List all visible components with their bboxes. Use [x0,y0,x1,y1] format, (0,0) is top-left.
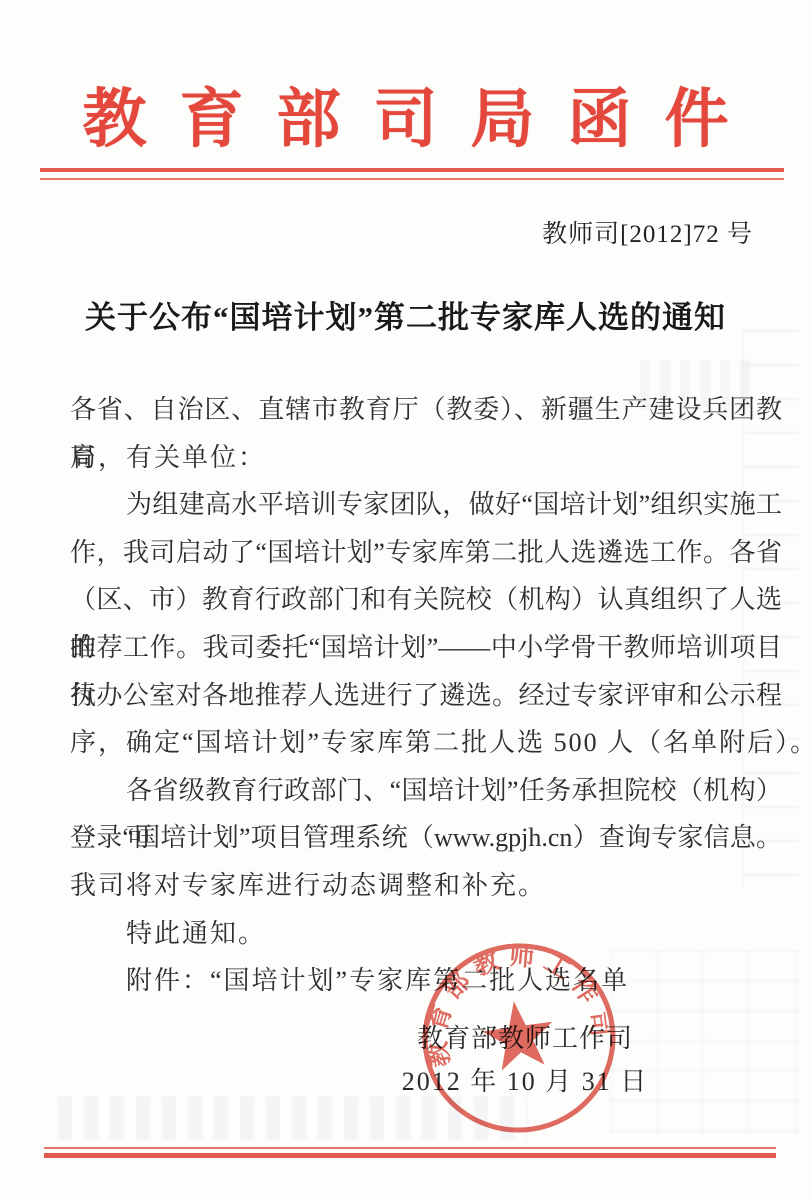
body-line: 序，确定“国培计划”专家库第二批人选 500 人（名单附后）。 [70,719,782,767]
header-divider [40,168,784,180]
document-number: 教师司[2012]72 号 [542,214,753,250]
body-line: 作，我司启动了“国培计划”专家库第二批人选遴选工作。各省 [70,529,782,577]
body-line: 登录“国培计划”项目管理系统（www.gpjh.cn）查询专家信息。 [70,814,782,862]
document-page: 教育部司局函件 教师司[2012]72 号 关于公布“国培计划”第二批专家库人选… [0,0,811,1200]
body-line: 各省级教育行政部门、“国培计划”任务承担院校（机构）可 [70,767,782,815]
notice-title: 关于公布“国培计划”第二批专家库人选的通知 [0,292,811,337]
divider-thick-line [44,1153,776,1158]
notice-body: 各省、自治区、直辖市教育厅（教委）、新疆生产建设兵团教育 局，有关单位： 为组建… [70,386,782,1005]
divider-thin-line [40,178,784,180]
body-line: 为组建高水平培训专家团队，做好“国培计划”组织实施工 [70,481,782,529]
letterhead-title: 教育部司局函件 [0,68,811,160]
official-seal-stamp: 教育部教师工作司 [401,924,637,1151]
body-line: 行办公室对各地推荐人选进行了遴选。经过专家评审和公示程 [70,672,782,720]
star-icon [479,996,558,1072]
body-line: 各省、自治区、直辖市教育厅（教委）、新疆生产建设兵团教育 [70,386,782,434]
body-line: 我司将对专家库进行动态调整和补充。 [70,862,782,910]
divider-thick-line [40,168,784,172]
footer-divider [44,1147,776,1158]
body-line: （区、市）教育行政部门和有关院校（机构）认真组织了人选的 [70,576,782,624]
body-line: 局，有关单位： [70,434,782,482]
body-line: 推荐工作。我司委托“国培计划”——中小学骨干教师培训项目执 [70,624,782,672]
divider-thin-line [44,1147,776,1149]
